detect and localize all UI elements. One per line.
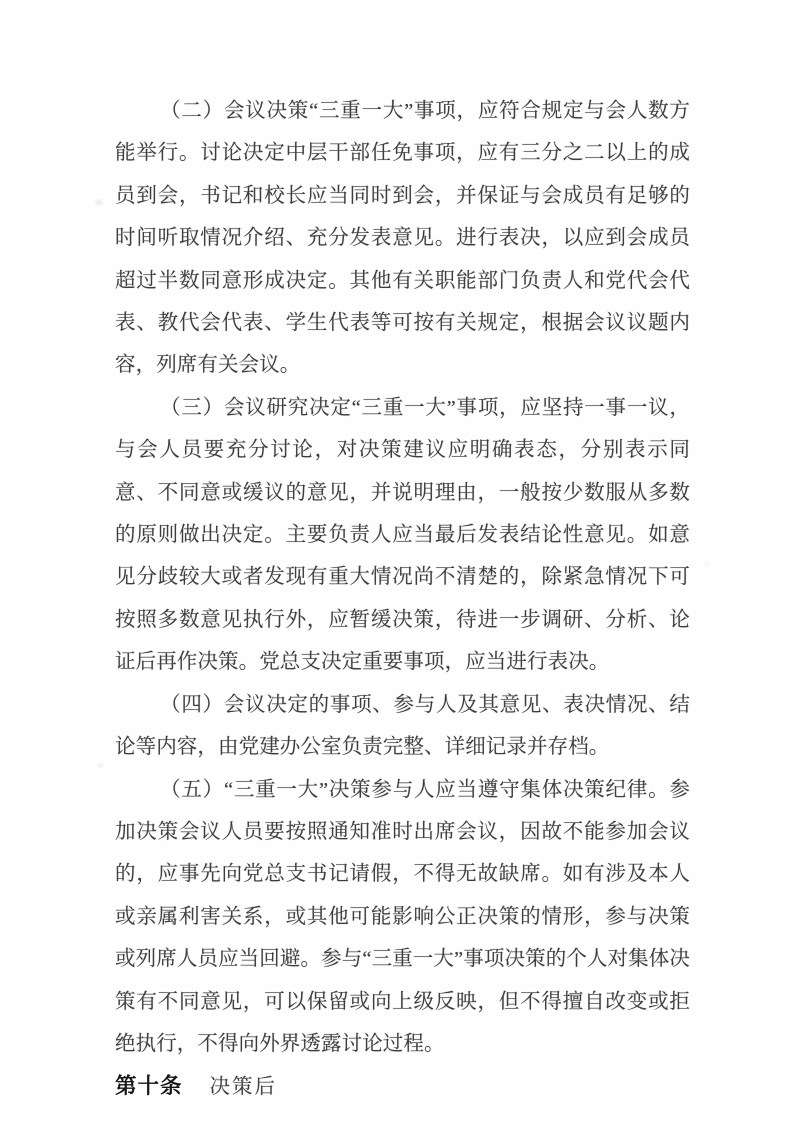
paragraph-item-5: （五）“三重一大”决策参与人应当遵守集体决策纪律。参加决策会议人员要按照通知准时… bbox=[115, 769, 690, 1066]
document-body: （二）会议决策“三重一大”事项，应符合规定与会人数方能举行。讨论决定中层干部任免… bbox=[115, 90, 690, 1109]
paragraph-item-3: （三）会议研究决定“三重一大”事项，应坚持一事一议，与会人员要充分讨论，对决策建… bbox=[115, 387, 690, 684]
document-page: （二）会议决策“三重一大”事项，应符合规定与会人数方能举行。讨论决定中层干部任免… bbox=[0, 0, 800, 1131]
scan-speckle bbox=[93, 198, 105, 207]
article-number: 第十条 bbox=[115, 1074, 183, 1098]
article-heading: 第十条决策后 bbox=[115, 1065, 690, 1108]
scan-speckle bbox=[702, 560, 712, 568]
article-title: 决策后 bbox=[210, 1076, 278, 1098]
scan-speckle bbox=[96, 762, 105, 769]
paragraph-item-4: （四）会议决定的事项、参与人及其意见、表决情况、结论等内容，由党建办公室负责完整… bbox=[115, 684, 690, 769]
paragraph-item-2: （二）会议决策“三重一大”事项，应符合规定与会人数方能举行。讨论决定中层干部任免… bbox=[115, 90, 690, 387]
